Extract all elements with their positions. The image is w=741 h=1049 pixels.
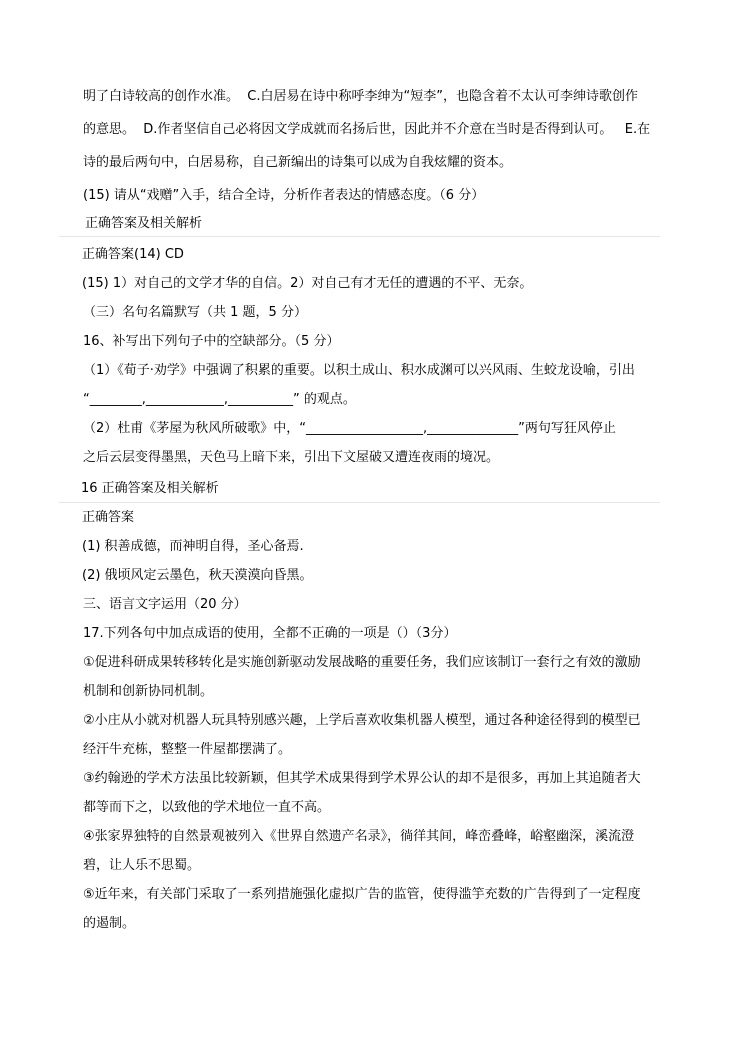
document-page: 明了白诗较高的创作水准。 C.白居易在诗中称呼李绅为“短李”，也隐含着不太认可李… <box>0 0 741 1049</box>
q17-item-line: ⑤近年来，有关部门采取了一系列措施强化虚拟广告的监管，使得滥竽充数的广告得到了一… <box>83 880 660 909</box>
paragraph-choice-options: 明了白诗较高的创作水准。 C.白居易在诗中称呼李绅为“短李”，也隐含着不太认可李… <box>83 80 660 212</box>
q16-item1-blanks: “________,____________,__________” 的观点。 <box>83 385 660 414</box>
section-3-header: （三）名句名篇默写（共 1 题，5 分） <box>83 298 660 327</box>
q17-item-line: ①促进科研成果转移转化是实施创新驱动发展战略的重要任务，我们应该制订一套行之有效… <box>83 648 660 677</box>
q17-item-5: ⑤近年来，有关部门采取了一系列措施强化虚拟广告的监管，使得滥竽充数的广告得到了一… <box>83 880 660 938</box>
option-line: 诗的最后两句中，白居易称，自己新编出的诗集可以成为自我炫耀的资本。 <box>83 146 660 179</box>
q17-item-1: ①促进科研成果转移转化是实施创新驱动发展战略的重要任务，我们应该制订一套行之有效… <box>83 648 660 706</box>
question-16: 16、补写出下列句子中的空缺部分。（5 分） （1）《荀子·劝学》中强调了积累的… <box>83 327 660 472</box>
answer-panel-header: 16 正确答案及相关解析 <box>59 476 660 503</box>
q17-item-line: 碧，让人乐不思蜀。 <box>83 851 660 880</box>
q17-item-line: ④张家界独特的自然景观被列入《世界自然遗产名录》，徜徉其间，峰峦叠峰，峪壑幽深，… <box>83 822 660 851</box>
q16-item1-line: （1）《荀子·劝学》中强调了积累的重要。以积土成山、积水成渊可以兴风雨、生蛟龙设… <box>83 356 660 385</box>
q17-item-4: ④张家界独特的自然景观被列入《世界自然遗产名录》，徜徉其间，峰峦叠峰，峪壑幽深，… <box>83 822 660 880</box>
answer-panel-q14: 正确答案及相关解析 正确答案(14) CD (15) 1）对自己的文学才华的自信… <box>59 212 660 298</box>
option-line: 的意思。 D.作者坚信自己必将因文学成就而名扬后世，因此并不介意在当时是否得到认… <box>83 113 660 146</box>
q17-item-line: 经汗牛充栋，整整一件屋都摆满了。 <box>83 735 660 764</box>
answer-panel-body: 正确答案(14) CD (15) 1）对自己的文学才华的自信。2）对自己有才无任… <box>59 237 660 298</box>
document-content: 明了白诗较高的创作水准。 C.白居易在诗中称呼李绅为“短李”，也隐含着不太认可李… <box>83 80 660 938</box>
question-15-stem: (15) 请从“戏赠”入手，结合全诗，分析作者表达的情感态度。（6 分） <box>83 179 660 212</box>
q17-item-line: 机制和创新协同机制。 <box>83 677 660 706</box>
answer-line-1: (1) 积善成德，而神明自得，圣心备焉. <box>59 532 660 561</box>
q17-item-3: ③约翰逊的学术方法虽比较新颖，但其学术成果得到学术界公认的却不是很多，再加上其追… <box>83 764 660 822</box>
question-17: 17.下列各句中加点成语的使用，全都不正确的一项是（）（3分） ①促进科研成果转… <box>83 619 660 938</box>
q17-item-line: 的遏制。 <box>83 909 660 938</box>
question-17-stem: 17.下列各句中加点成语的使用，全都不正确的一项是（）（3分） <box>83 619 660 648</box>
question-16-stem: 16、补写出下列句子中的空缺部分。（5 分） <box>83 327 660 356</box>
section-lang-header: 三、语言文字运用（20 分） <box>83 590 660 619</box>
answer-line-q14: 正确答案(14) CD <box>59 240 660 269</box>
q16-item2-line: （2）杜甫《茅屋为秋风所破歌》中，“__________________,___… <box>83 414 660 443</box>
q16-item2-line: 之后云层变得墨黑，天色马上暗下来，引出下文屋破又遭连夜雨的境况。 <box>83 443 660 472</box>
answer-line-2: (2) 俄顷风定云墨色，秋天漠漠向昏黑。 <box>59 561 660 590</box>
q17-item-line: ②小庄从小就对机器人玩具特别感兴趣，上学后喜欢收集机器人模型，通过各种途径得到的… <box>83 706 660 735</box>
q17-item-line: ③约翰逊的学术方法虽比较新颖，但其学术成果得到学术界公认的却不是很多，再加上其追… <box>83 764 660 793</box>
option-line: 明了白诗较高的创作水准。 C.白居易在诗中称呼李绅为“短李”，也隐含着不太认可李… <box>83 80 660 113</box>
answer-panel-q16: 16 正确答案及相关解析 正确答案 (1) 积善成德，而神明自得，圣心备焉. (… <box>59 472 660 590</box>
answer-panel-body: 正确答案 (1) 积善成德，而神明自得，圣心备焉. (2) 俄顷风定云墨色，秋天… <box>59 503 660 590</box>
q17-item-line: 都等而下之，以致他的学术地位一直不高。 <box>83 793 660 822</box>
answer-line-q15: (15) 1）对自己的文学才华的自信。2）对自己有才无任的遭遇的不平、无奈。 <box>59 269 660 298</box>
q17-item-2: ②小庄从小就对机器人玩具特别感兴趣，上学后喜欢收集机器人模型，通过各种途径得到的… <box>83 706 660 764</box>
answer-panel-header: 正确答案及相关解析 <box>59 212 660 237</box>
answer-label: 正确答案 <box>59 503 660 532</box>
